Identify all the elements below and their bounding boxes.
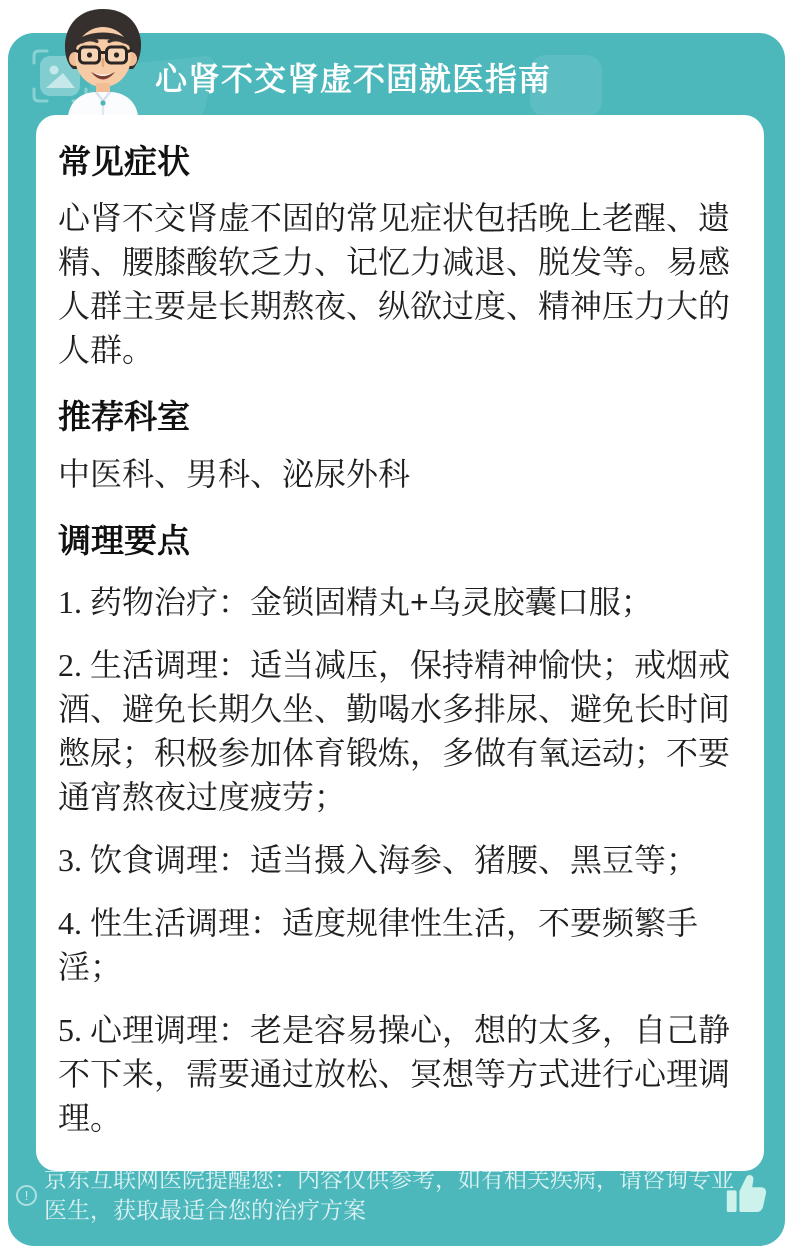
info-glyph: ! [25, 1189, 29, 1202]
list-item-text: 生活调理：适当减压，保持精神愉快；戒烟戒酒、避免长期久坐、勤喝水多排尿、避免长时… [58, 647, 730, 815]
list-item: 1.药物治疗：金锁固精丸+乌灵胶囊口服； [58, 580, 742, 624]
guide-page: 心肾不交肾虚不固就医指南 常见症状 心肾不交肾虚不固的常见症状包括晚上老醒、遗精… [0, 0, 800, 1253]
list-item-text: 药物治疗：金锁固精丸+乌灵胶囊口服； [90, 584, 653, 620]
list-item: 2.生活调理：适当减压，保持精神愉快；戒烟戒酒、避免长期久坐、勤喝水多排尿、避免… [58, 643, 742, 819]
list-item-number: 2. [58, 647, 82, 683]
list-item-text: 性生活调理：适度规律性生活，不要频繁手淫； [58, 905, 698, 985]
list-item: 4.性生活调理：适度规律性生活，不要频繁手淫； [58, 901, 742, 989]
guide-card: 心肾不交肾虚不固就医指南 常见症状 心肾不交肾虚不固的常见症状包括晚上老醒、遗精… [8, 33, 785, 1246]
exclamation-circle-icon: ! [16, 1185, 37, 1206]
departments-paragraph: 中医科、男科、泌尿外科 [58, 452, 742, 496]
list-item-number: 4. [58, 905, 82, 941]
disclaimer-text: 京东互联网医院提醒您：内容仅供参考，如有相关疾病，请咨询专业医生，获取最适合您的… [44, 1164, 739, 1226]
page-title: 心肾不交肾虚不固就医指南 [155, 54, 551, 100]
list-item: 3.饮食调理：适当摄入海参、猪腰、黑豆等； [58, 838, 742, 882]
thumbs-up-icon[interactable] [723, 1170, 771, 1218]
list-item-number: 3. [58, 842, 82, 878]
list-item: 5.心理调理：老是容易操心，想的太多，自己静不下来，需要通过放松、冥想等方式进行… [58, 1008, 742, 1140]
list-item-text: 心理调理：老是容易操心，想的太多，自己静不下来，需要通过放松、冥想等方式进行心理… [58, 1012, 730, 1136]
symptoms-paragraph: 心肾不交肾虚不固的常见症状包括晚上老醒、遗精、腰膝酸软乏力、记忆力减退、脱发等。… [58, 196, 742, 372]
section-heading-tips: 调理要点 [58, 520, 742, 561]
list-item-number: 1. [58, 584, 82, 620]
doctor-avatar [50, 5, 156, 116]
list-item-text: 饮食调理：适当摄入海参、猪腰、黑豆等； [90, 842, 698, 878]
section-heading-departments: 推荐科室 [58, 396, 742, 437]
list-item-number: 5. [58, 1012, 82, 1048]
footer-disclaimer: ! 京东互联网医院提醒您：内容仅供参考，如有相关疾病，请咨询专业医生，获取最适合… [16, 1164, 739, 1226]
content-card: 常见症状 心肾不交肾虚不固的常见症状包括晚上老醒、遗精、腰膝酸软乏力、记忆力减退… [36, 115, 764, 1171]
section-heading-symptoms: 常见症状 [58, 141, 742, 182]
